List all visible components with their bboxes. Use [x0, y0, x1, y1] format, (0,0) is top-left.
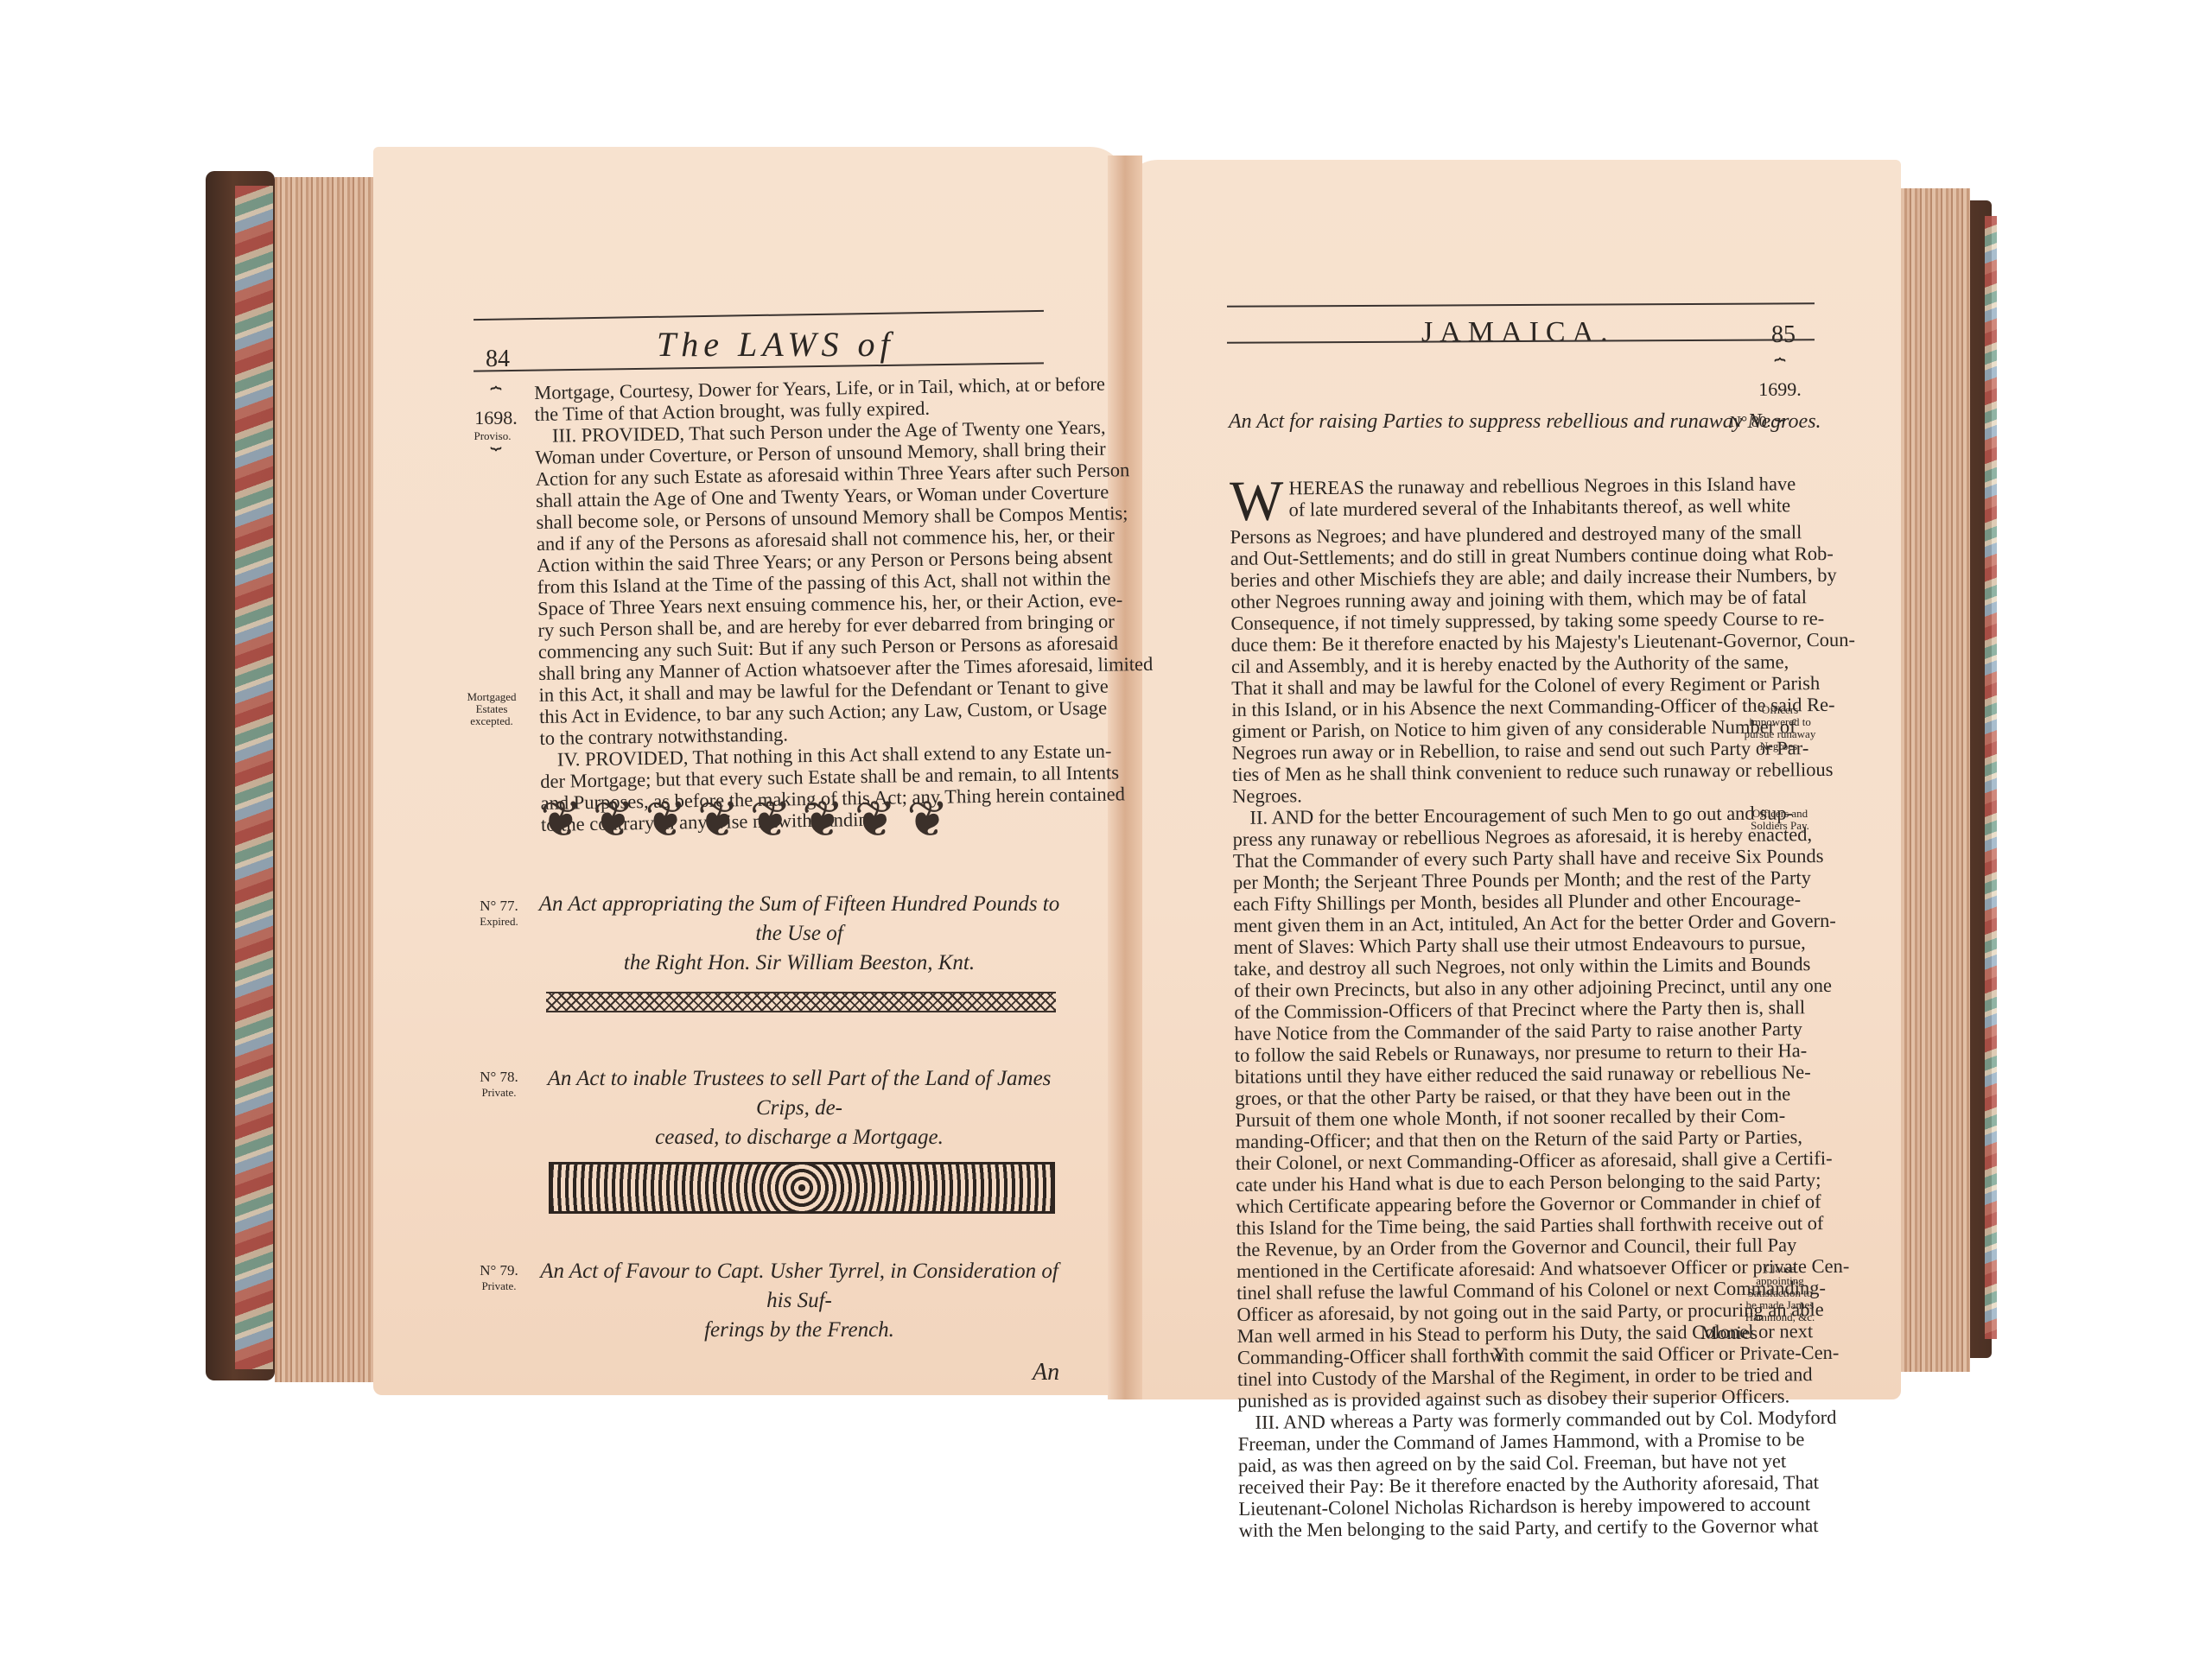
running-head: JAMAICA.	[1421, 316, 1615, 349]
catchword: Monies	[1700, 1322, 1758, 1344]
brace-top-icon: ⏞	[470, 387, 522, 408]
left-marbled-endpaper	[235, 186, 273, 1369]
act-78-title: An Act to inable Trustees to sell Part o…	[536, 1064, 1063, 1152]
running-head: The LAWS of	[657, 324, 895, 365]
fleuron-icon: ❦	[855, 795, 897, 845]
left-page-block-edges	[275, 177, 377, 1382]
brace-top-icon: ⏞	[1754, 359, 1806, 379]
act-79-label: N° 79. Private.	[471, 1263, 527, 1294]
left-body-text: Mortgage, Courtesy, Dower for Years, Lif…	[534, 372, 1155, 835]
page-number: 85	[1771, 321, 1796, 349]
act-77-title: An Act appropriating the Sum of Fifteen …	[536, 890, 1063, 978]
fleuron-icon: ❦	[802, 795, 844, 845]
fleuron-icon: ❦	[906, 795, 949, 845]
fleuron-icon: ❦	[749, 795, 791, 845]
margin-note: Officers and Soldiers Pay.	[1744, 808, 1816, 832]
drop-cap: W	[1230, 477, 1284, 526]
margin-note: Clause appointing Satisfaction to be mad…	[1744, 1263, 1816, 1323]
margin-note: Mortgaged Estates excepted.	[465, 691, 518, 727]
fleuron-icon: ❦	[645, 795, 687, 845]
act-80-number: N° 80.	[1730, 413, 1770, 431]
right-page-block-edges	[1894, 188, 1970, 1372]
signature-mark: Y	[1493, 1343, 1507, 1366]
act-78-label: N° 78. Private.	[471, 1069, 527, 1101]
fleuron-icon: ❦	[540, 795, 582, 845]
right-marbled-endpaper	[1985, 216, 1997, 1339]
fleuron-icon: ❦	[697, 795, 740, 845]
decorative-ornament-row: ❦ ❦ ❦ ❦ ❦ ❦ ❦ ❦	[540, 795, 949, 845]
decorative-band	[546, 992, 1056, 1012]
catchword: An	[1033, 1359, 1059, 1387]
margin-note: Officers impowered to pursue runaway Neg…	[1744, 704, 1816, 752]
fleuron-icon: ❦	[593, 795, 635, 845]
right-body-text: W HEREAS the runaway and rebellious Negr…	[1230, 473, 1853, 1541]
act-79-title: An Act of Favour to Capt. Usher Tyrrel, …	[536, 1257, 1063, 1345]
margin-note: Proviso.	[467, 430, 518, 442]
decorative-band-oval	[549, 1162, 1055, 1214]
act-77-label: N° 77. Expired.	[471, 898, 527, 930]
